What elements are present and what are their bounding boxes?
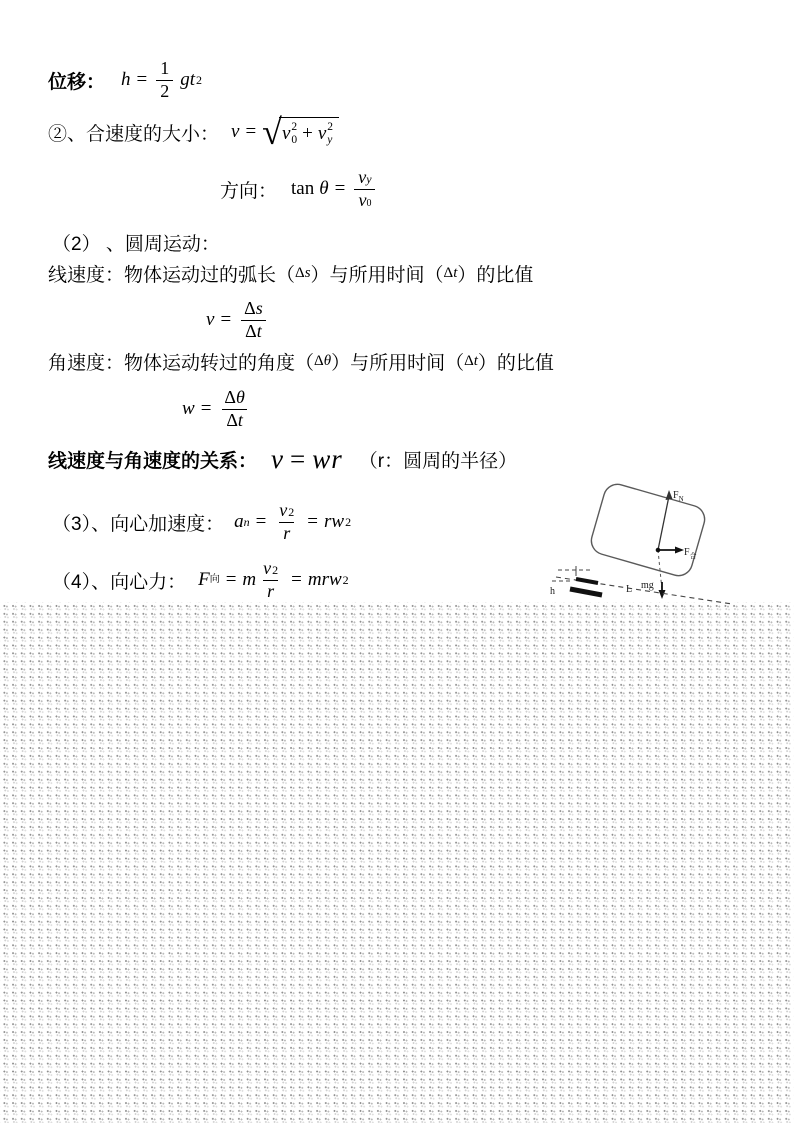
fraction-vy-v0: vy v0 <box>354 167 375 211</box>
dot-pattern-fill <box>0 602 794 1123</box>
fraction-numerator: 1 <box>156 58 173 80</box>
fraction-v2-r: v2 r <box>275 500 298 544</box>
radicand: v 2 0 + v 2 y <box>279 117 339 146</box>
fn-label: FN <box>673 490 684 503</box>
math-plus: + <box>302 123 313 145</box>
fraction-numerator: Δθ <box>220 387 248 409</box>
fhe-label-sub: 合 <box>690 551 697 560</box>
delta: Δ <box>464 353 474 370</box>
line-resultant-speed: ②、合速度的大小： v = √ v 2 0 + v 2 y <box>48 108 339 156</box>
delta: Δ <box>244 298 256 320</box>
line-v-w-relation: 线速度与角速度的关系： v = wr （r：圆周的半径） <box>48 440 517 478</box>
mg-label: mg <box>641 580 654 591</box>
math-equals: = <box>291 569 302 591</box>
math-equals: = <box>290 444 306 475</box>
math-var-r: r <box>267 581 274 603</box>
fraction-denominator: Δt <box>241 320 266 343</box>
fhe-arrowhead <box>675 547 684 554</box>
math-var-mrw: mrw <box>308 569 342 591</box>
inline-delta-t: Δt <box>444 265 458 282</box>
formula-resultant-speed: v = √ v 2 0 + v 2 y <box>231 117 339 148</box>
line-displacement: 位移： h = 1 2 gt2 <box>48 56 202 104</box>
circular-motion-heading: （2） 、圆周运动： <box>52 229 220 256</box>
math-var-v: v <box>358 190 366 212</box>
formula-displacement: h = 1 2 gt2 <box>121 58 202 102</box>
math-var-rw: rw <box>324 511 344 533</box>
delta: Δ <box>226 410 238 432</box>
fraction-denominator: 2 <box>156 80 173 103</box>
fn-label-sub: N <box>679 495 684 503</box>
formula-centripetal-force: F向 = m v2 r = mrw2 <box>198 558 349 602</box>
mg-arrowhead <box>659 590 666 599</box>
fraction-denominator: r <box>263 580 278 603</box>
resultant-speed-label: ②、合速度的大小： <box>48 119 219 146</box>
incline-hatch-2 <box>570 589 602 595</box>
delta: Δ <box>314 353 324 370</box>
fraction-ds-dt: Δs Δt <box>240 298 267 342</box>
angular-velocity-text-post: ）的比值 <box>478 348 554 375</box>
fraction-denominator: v0 <box>354 189 375 212</box>
linear-velocity-label: 线速度： <box>48 260 124 287</box>
math-var-theta: θ <box>324 353 331 370</box>
angular-velocity-text-mid: ）与所用时间（ <box>331 348 464 375</box>
math-var-v: v <box>279 500 287 522</box>
banked-incline-diagram: FN F合 mg h L <box>546 478 738 606</box>
math-var-v: v <box>231 121 239 143</box>
formula-v-wr: v = wr <box>271 444 343 475</box>
sup-2: 2 <box>327 121 333 133</box>
math-var-t: t <box>257 321 262 343</box>
line-angular-velocity-formula: w = Δθ Δt <box>182 382 252 436</box>
formula-linear-velocity: v = Δs Δt <box>206 298 270 342</box>
sub-0: 0 <box>291 134 297 146</box>
l-label: L <box>626 584 632 595</box>
fraction-numerator: vy <box>354 167 375 189</box>
fn-arrowhead <box>666 490 673 500</box>
fraction-dtheta-dt: Δθ Δt <box>220 387 248 431</box>
formula-angular-velocity: w = Δθ Δt <box>182 387 252 431</box>
math-equals: = <box>245 121 256 143</box>
sup-2: 2 <box>291 121 297 133</box>
centripetal-acceleration-label: （3）、向心加速度： <box>52 509 224 536</box>
inline-delta-theta: Δθ <box>314 353 331 370</box>
linear-velocity-text-mid: ）与所用时间（ <box>311 260 444 287</box>
math-var-v: v <box>271 444 284 475</box>
line-linear-velocity-formula: v = Δs Δt <box>206 293 270 347</box>
math-var-w: w <box>182 398 195 420</box>
math-var-gt: gt <box>180 69 195 91</box>
line-angular-velocity-def: 角速度： 物体运动转过的角度（ Δθ ）与所用时间（ Δt ）的比值 <box>48 347 554 375</box>
math-var-vy: v <box>318 123 326 145</box>
math-var-v: v <box>206 309 214 331</box>
fhe-label: F合 <box>684 547 697 560</box>
math-var-s: s <box>256 298 263 320</box>
fraction-numerator: Δs <box>240 298 267 320</box>
supsub-v0: 2 0 <box>291 121 297 145</box>
inline-delta-s: Δs <box>295 265 311 282</box>
formula-centripetal-acceleration: an = v2 r = rw2 <box>234 500 351 544</box>
supsub-vy: 2 y <box>327 121 333 145</box>
linear-velocity-text-pre: 物体运动过的弧长（ <box>124 260 295 287</box>
line-direction: 方向： tan θ = vy v0 <box>220 160 379 218</box>
v-wr-note: （r：圆周的半径） <box>359 446 517 473</box>
h-label: h <box>550 586 555 597</box>
line-centripetal-acceleration: （3）、向心加速度： an = v2 r = rw2 <box>52 494 351 550</box>
delta: Δ <box>444 265 454 282</box>
math-var-wr: wr <box>312 444 343 475</box>
angular-velocity-label: 角速度： <box>48 348 124 375</box>
math-equals: = <box>226 569 237 591</box>
delta: Δ <box>295 265 305 282</box>
math-var-theta: θ <box>236 387 245 409</box>
displacement-label: 位移： <box>48 67 105 94</box>
math-equals: = <box>220 309 231 331</box>
line-centripetal-force: （4）、向心力： F向 = m v2 r = mrw2 <box>52 554 349 606</box>
math-var-v: v <box>263 558 271 580</box>
math-equals: = <box>137 69 148 91</box>
fraction-v2-r: v2 r <box>259 558 282 602</box>
block-outline <box>588 481 708 579</box>
delta: Δ <box>245 321 257 343</box>
formula-direction: tan θ = vy v0 <box>291 167 379 211</box>
incline-hatch-1 <box>576 579 598 583</box>
direction-label: 方向： <box>220 176 277 203</box>
math-equals: = <box>307 511 318 533</box>
math-var-h: h <box>121 69 131 91</box>
math-fn-tan: tan <box>291 178 314 200</box>
angular-velocity-text-pre: 物体运动转过的角度（ <box>124 348 314 375</box>
square-root: √ v 2 0 + v 2 y <box>262 117 339 148</box>
fraction-numerator: v2 <box>275 500 298 522</box>
fn-arrow-shaft <box>658 496 669 550</box>
fraction-denominator: r <box>279 522 294 545</box>
centripetal-force-label: （4）、向心力： <box>52 567 186 594</box>
linear-velocity-text-post: ）的比值 <box>457 260 533 287</box>
math-equals: = <box>335 178 346 200</box>
delta: Δ <box>224 387 236 409</box>
sub-y: y <box>327 134 332 146</box>
math-var-F: F <box>198 569 210 591</box>
math-var-t: t <box>238 410 243 432</box>
math-equals: = <box>256 511 267 533</box>
fraction-numerator: v2 <box>259 558 282 580</box>
math-var-m: m <box>242 569 256 591</box>
v-w-relation-label: 线速度与角速度的关系： <box>48 446 257 473</box>
math-var-v0: v <box>282 123 290 145</box>
line-circular-motion-heading: （2） 、圆周运动： <box>52 228 220 256</box>
math-var-a: a <box>234 511 244 533</box>
math-equals: = <box>201 398 212 420</box>
fraction-denominator: Δt <box>222 409 247 432</box>
math-var-theta: θ <box>319 178 328 200</box>
inline-delta-t: Δt <box>464 353 478 370</box>
fraction-one-half: 1 2 <box>156 58 173 102</box>
line-linear-velocity-def: 线速度： 物体运动过的弧长（ Δs ）与所用时间（ Δt ）的比值 <box>48 259 533 287</box>
math-var-r: r <box>283 523 290 545</box>
